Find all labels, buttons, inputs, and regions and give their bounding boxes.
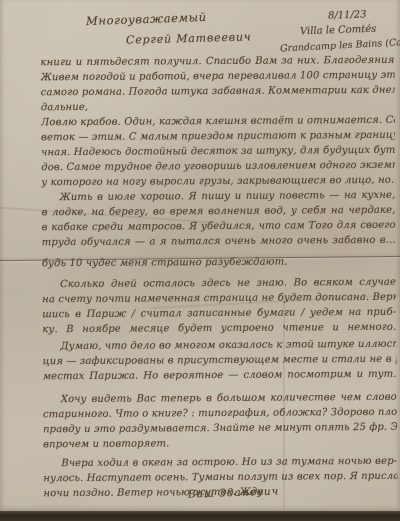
handwritten-line: правду и это раздумывается. Знайте не ми… [43, 420, 397, 437]
letter-date: 8/11/23 [328, 9, 367, 21]
handwritten-line: местах Парижа. Но вероятное — словом пос… [43, 367, 397, 384]
handwriting-body: книги и пятьдесят получил. Спасибо Вам з… [40, 53, 397, 501]
handwritten-line: будь 10 чудес меня страшно разубеждают. [42, 254, 396, 271]
scanned-letter: Многоуважаемый Сергей Матвеевич 8/11/23 … [0, 0, 400, 521]
handwritten-line: впрочем и повторяет. [43, 435, 397, 452]
handwritten-line: нулось. Наступает осень. Туманы ползут и… [43, 469, 397, 486]
paper-bottom-edge [0, 511, 400, 521]
handwritten-line: ку. В ноябре месяце будет устроено чтени… [42, 320, 396, 337]
handwritten-line: труда обучался — а я пытался очень много… [42, 233, 396, 250]
handwritten-line: самого романа. Погода штука забавная. Ко… [41, 83, 395, 100]
